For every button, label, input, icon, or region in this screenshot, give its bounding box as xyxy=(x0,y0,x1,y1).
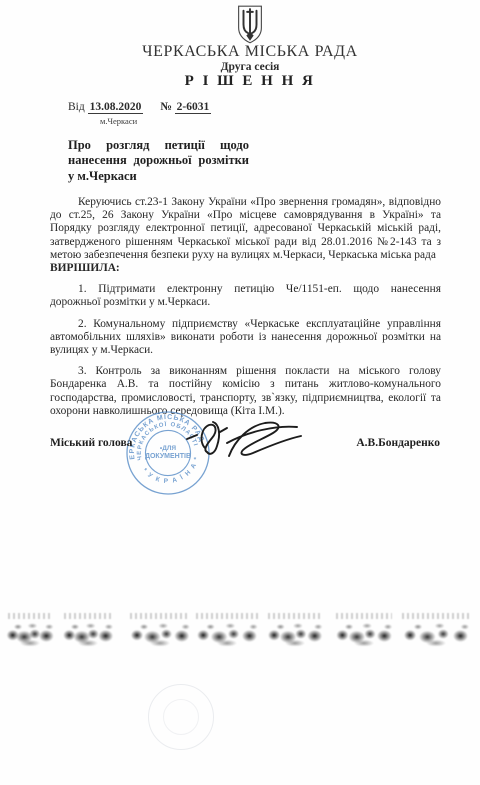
scan-artifact xyxy=(334,610,394,648)
document-title: Про розгляд петиції щодо нанесення дорож… xyxy=(68,138,249,184)
from-label: Від xyxy=(68,101,85,113)
organization-name: ЧЕРКАСЬКА МІСЬКА РАДА xyxy=(55,43,445,61)
resolution-item-1: 1. Підтримати електронну петицію Че/1151… xyxy=(50,283,441,309)
scan-artifact xyxy=(6,610,54,648)
scan-artifact xyxy=(266,610,324,648)
document-date: 13.08.2020 xyxy=(88,101,144,114)
document-number: 2-6031 xyxy=(175,101,212,114)
resolution-item-2: 2. Комунальному підприємству «Черкаське … xyxy=(50,318,441,358)
bleed-through-stamp xyxy=(148,684,214,750)
ukraine-trident-emblem xyxy=(233,5,267,44)
scan-artifact xyxy=(194,610,260,648)
document-type-heading: Р І Ш Е Н Н Я xyxy=(55,73,445,90)
scan-artifact xyxy=(128,610,192,648)
document-meta-line: Від 13.08.2020 № 2-6031 xyxy=(68,101,211,113)
scanned-document-page: ЧЕРКАСЬКА МІСЬКА РАДА Друга сесія Р І Ш … xyxy=(0,0,480,785)
signature-row: Міський голова А.В.Бондаренко xyxy=(50,437,440,449)
scan-artifact xyxy=(400,610,472,648)
scan-artifact xyxy=(62,610,114,648)
signer-position: Міський голова xyxy=(50,437,132,449)
preamble-paragraph: Керуючись ст.23-1 Закону України «Про зв… xyxy=(50,196,441,262)
resolved-label: ВИРІШИЛА: xyxy=(50,262,441,275)
document-city: м.Черкаси xyxy=(100,116,137,126)
session-label: Друга сесія xyxy=(55,61,445,73)
signer-name: А.В.Бондаренко xyxy=(356,437,440,449)
document-body: Керуючись ст.23-1 Закону України «Про зв… xyxy=(50,196,441,418)
number-label: № xyxy=(160,101,172,113)
